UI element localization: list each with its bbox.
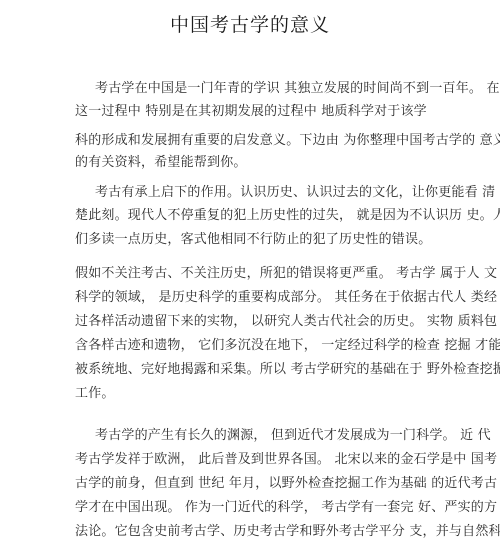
text-line: 被系统地、完好地揭露和采集。所以 考古学研究的基础在于 野外检查挖掘 bbox=[75, 362, 437, 378]
text-line: 工作。 bbox=[75, 386, 437, 402]
text-line: 考古学在中国是一门年青的学识 其独立发展的时间尚不到一百年。 在 bbox=[95, 81, 437, 97]
text-line: 古学的前身，但直到 世纪 年月，以野外检查挖掘工作为基础 的近代考古 bbox=[75, 476, 437, 492]
text-line: 假如不关注考古、不关注历史，所犯的错误将更严重。 考古学 属于人 文 bbox=[75, 266, 437, 282]
text-line: 科的形成和发展拥有重要的启发意义。下边由 为你整理中国考古学的 意义 bbox=[75, 133, 437, 149]
text-line: 过各样活动遗留下来的实物， 以研究人类古代社会的历史。 实物 质料包 bbox=[75, 314, 437, 330]
text-line: 这一过程中 特别是在其初期发展的过程中 地质科学对于该学 bbox=[75, 104, 437, 120]
text-line: 的有关资料，希望能帮到你。 bbox=[75, 155, 437, 171]
text-line: 考古学的产生有长久的渊源， 但到近代才发展成为一门科学。 近 代 bbox=[95, 428, 437, 444]
text-line: 考古有承上启下的作用。认识历史、认识过去的文化，让你更能看 清 bbox=[95, 185, 437, 201]
text-line: 科学的领域， 是历史科学的重要构成部分。 其任务在于依据古代人 类经 bbox=[75, 290, 437, 306]
text-line: 们多读一点历史，客式他相同不行防止的犯了历史性的错误。 bbox=[75, 232, 437, 248]
text-line: 楚此刻。现代人不停重复的犯上历史性的过失， 就是因为不认识历 史。人 bbox=[75, 208, 437, 224]
document-title: 中国考古学的意义 bbox=[0, 10, 500, 37]
text-line: 含各样古迹和遗物， 它们多沉没在地下， 一定经过科学的检查 挖掘 才能 bbox=[75, 338, 437, 354]
text-line: 考古学发祥于欧洲， 此后普及到世界各国。 北宋以来的金石学是中 国考 bbox=[75, 452, 437, 468]
text-line: 学才在中国出现。 作为一门近代的科学， 考古学有一套完 好、严实的方 bbox=[75, 500, 437, 516]
text-line: 法论。它包含史前考古学、历史考古学和野外考古学平分 支，并与自然科 bbox=[75, 524, 437, 540]
